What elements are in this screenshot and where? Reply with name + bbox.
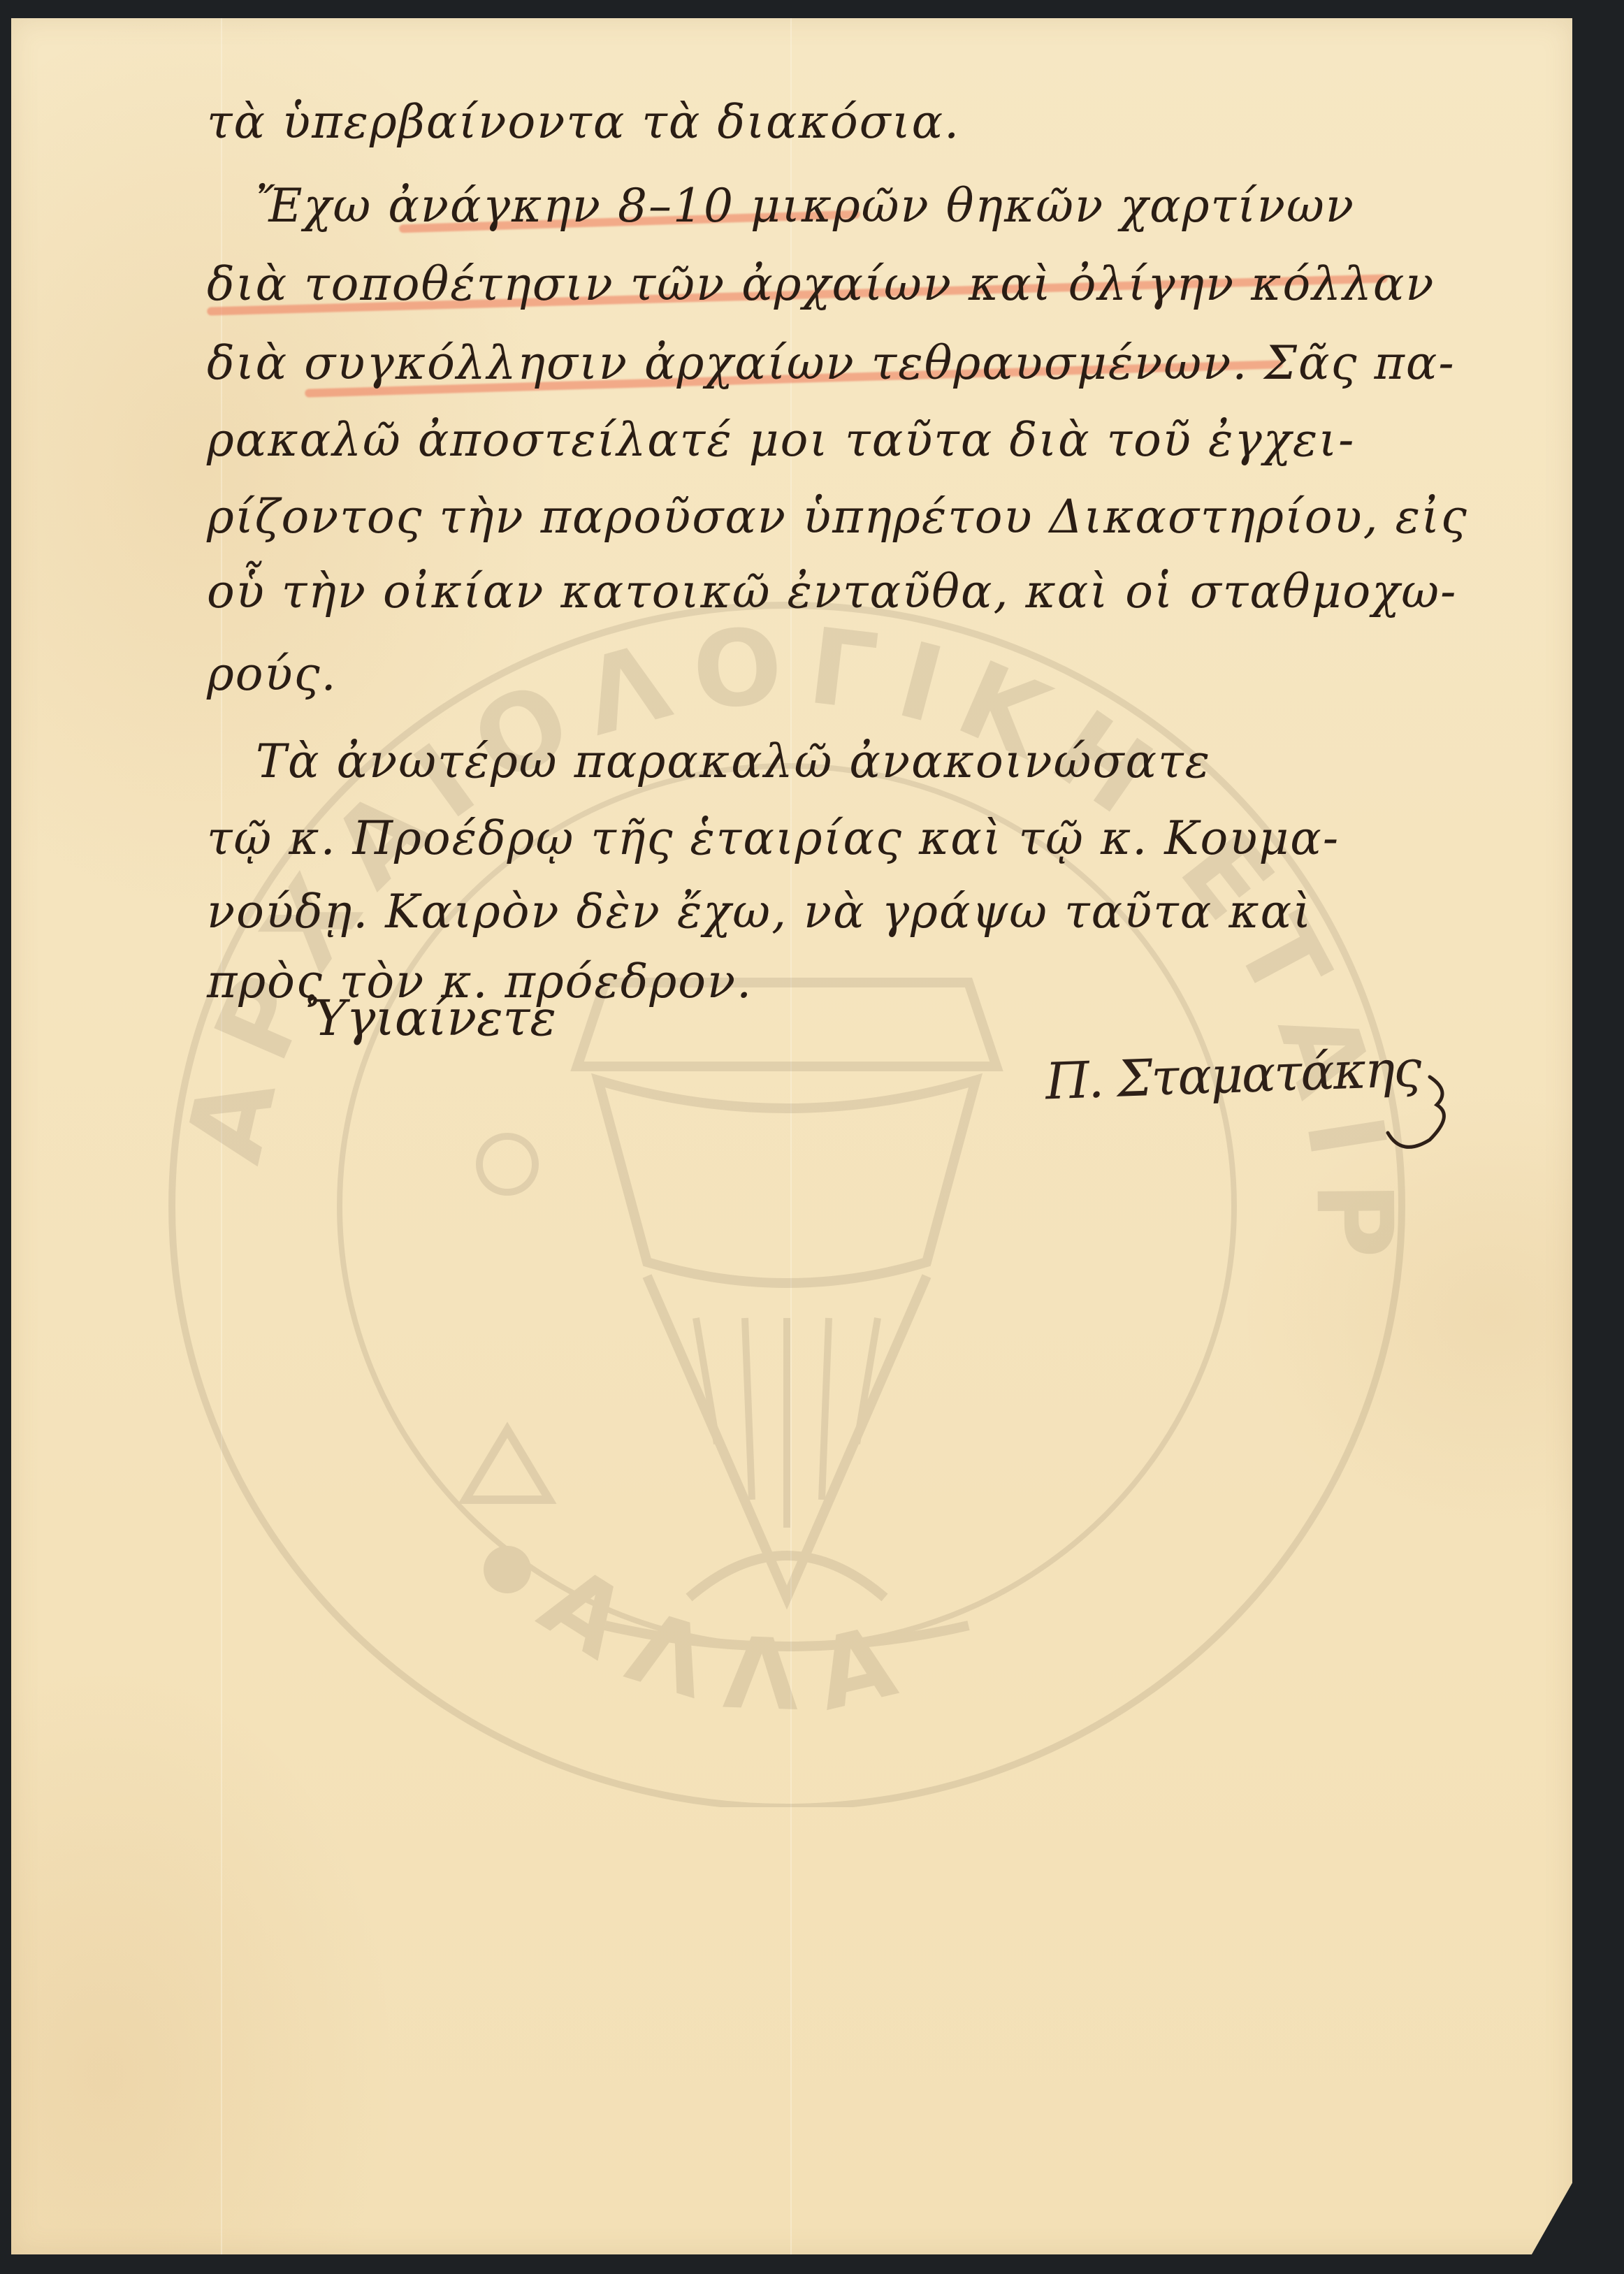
letter-closing: Ὑγιαίνετε bbox=[305, 990, 556, 1047]
letter-line-11: νούδῃ. Καιρὸν δὲν ἔχω, νὰ γράψω ταῦτα κα… bbox=[207, 885, 1312, 939]
letter-line-8: ρούς. bbox=[207, 647, 338, 701]
letter-line-4: διὰ συγκόλλησιν ἀρχαίων τεθραυσμένων. Σᾶ… bbox=[207, 336, 1456, 390]
letter-page: ΑΡΧΑΙΟΛΟΓΙΚΗ ΕΤΑΙΡΕΙΑ ΑΛΛΑ τὰ ὑπερβαίνον… bbox=[11, 18, 1572, 2254]
signature-flourish-icon bbox=[1381, 1073, 1458, 1157]
letter-line-9: Τὰ ἀνωτέρω παρακαλῶ ἀνακοινώσατε bbox=[256, 734, 1211, 788]
letter-line-1: τὰ ὑπερβαίνοντα τὰ διακόσια. bbox=[207, 95, 960, 149]
letter-line-10: τῷ κ. Προέδρῳ τῆς ἑταιρίας καὶ τῷ κ. Κου… bbox=[207, 811, 1340, 865]
letter-line-6: ρίζοντος τὴν παροῦσαν ὑπηρέτου Δικαστηρί… bbox=[207, 490, 1468, 544]
letter-line-5: ρακαλῶ ἀποστείλατέ μοι ταῦτα διὰ τοῦ ἐγχ… bbox=[207, 413, 1355, 467]
letter-line-3: διὰ τοποθέτησιν τῶν ἀρχαίων καὶ ὀλίγην κ… bbox=[207, 257, 1435, 311]
letter-line-7: οὗ τὴν οἰκίαν κατοικῶ ἐνταῦθα, καὶ οἱ στ… bbox=[207, 565, 1457, 618]
letter-line-2: Ἔχω ἀνάγκην 8–10 μικρῶν θηκῶν χαρτίνων bbox=[256, 179, 1355, 233]
society-seal-watermark-icon: ΑΡΧΑΙΟΛΟΓΙΚΗ ΕΤΑΙΡΕΙΑ ΑΛΛΑ bbox=[116, 535, 1458, 1807]
